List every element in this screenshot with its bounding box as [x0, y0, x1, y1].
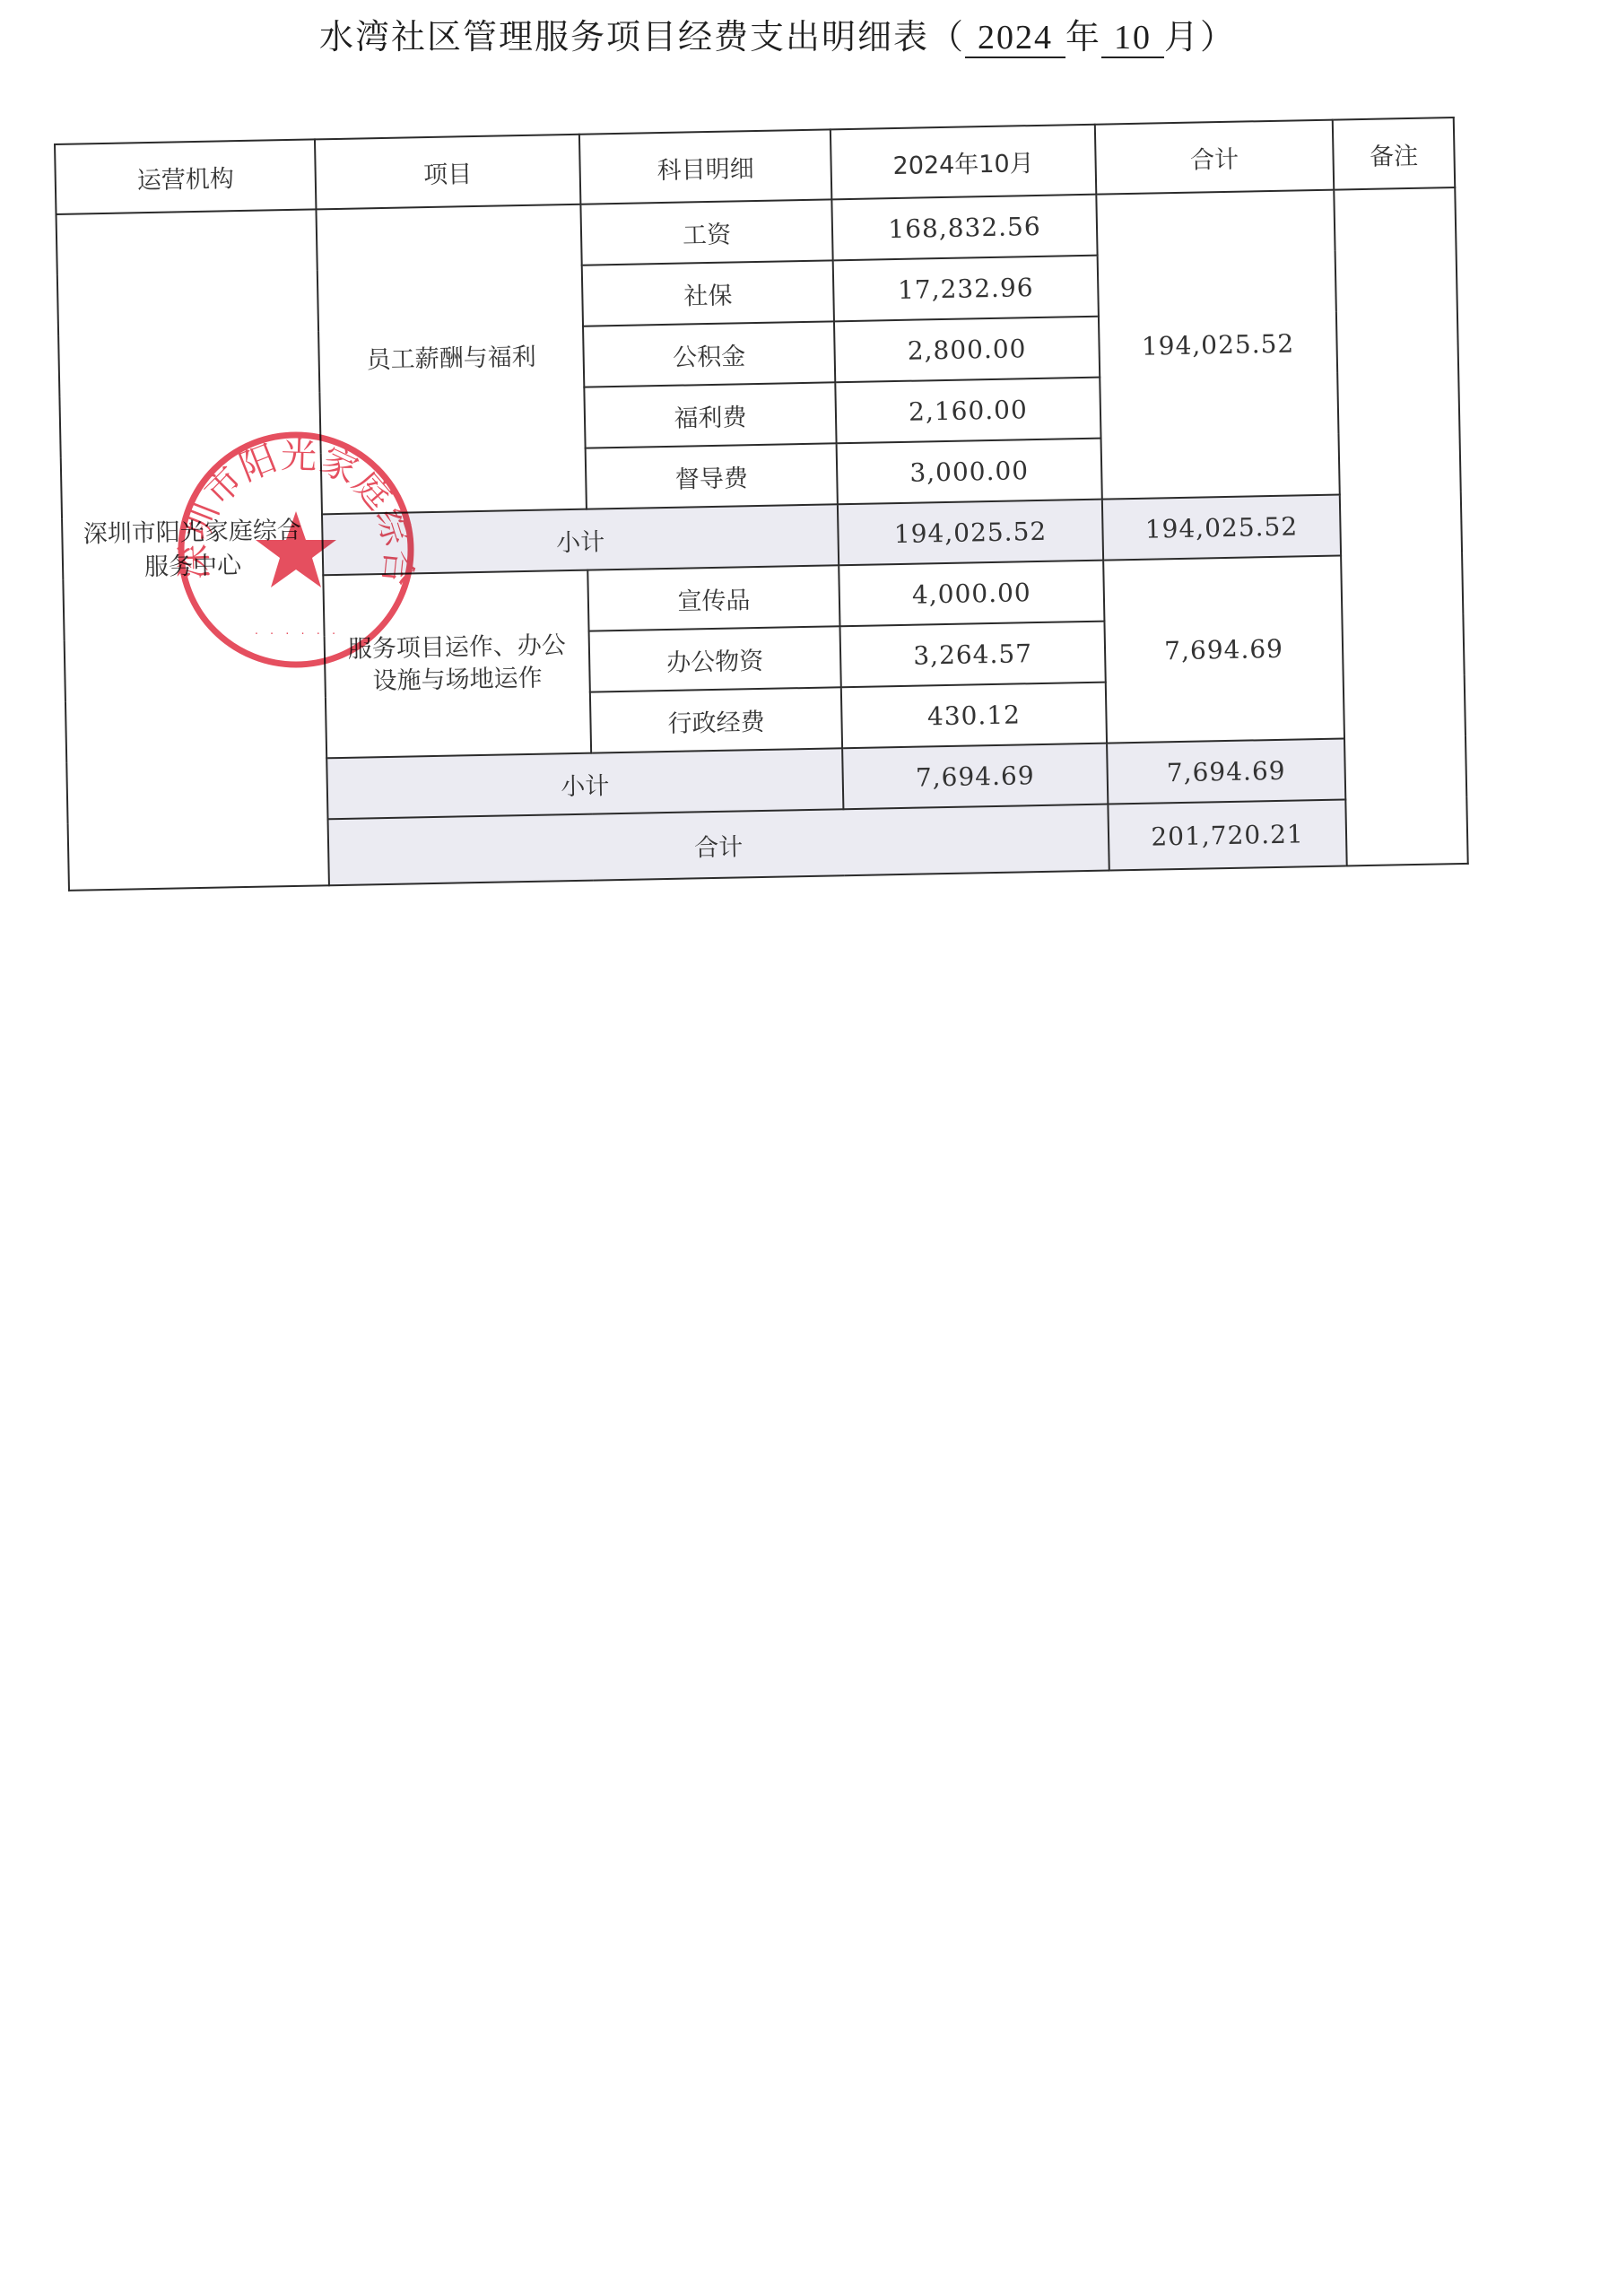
detail-cell: 督导费 [586, 443, 838, 509]
expense-table-wrap: 运营机构 项目 科目明细 2024年10月 合计 备注 深圳市阳光家庭综合服务中… [54, 117, 1469, 891]
group-total-cell: 194,025.52 [1096, 190, 1339, 500]
header-detail: 科目明细 [579, 129, 831, 204]
detail-cell: 社保 [582, 260, 834, 326]
amount-cell: 2,800.00 [834, 317, 1100, 383]
item-cell: 服务项目运作、办公设施与场地运作 [323, 570, 591, 759]
amount-cell: 2,160.00 [835, 378, 1100, 444]
title-prefix: 水湾社区管理服务项目经费支出明细表（ [319, 17, 965, 57]
title-year-unit: 年 [1065, 17, 1101, 57]
detail-cell: 宣传品 [587, 565, 839, 631]
detail-cell: 行政经费 [590, 687, 842, 752]
amount-cell: 3,000.00 [837, 439, 1102, 505]
subtotal-label: 小计 [322, 504, 839, 575]
amount-cell: 430.12 [841, 683, 1107, 749]
subtotal-label: 小计 [326, 748, 843, 819]
grand-total-label: 合计 [328, 804, 1109, 886]
title-month-unit: 月 [1164, 17, 1200, 57]
group-total-cell: 7,694.69 [1103, 556, 1344, 744]
title-year: 2024 [965, 21, 1065, 58]
amount-cell: 4,000.00 [839, 561, 1104, 627]
org-name-cell: 深圳市阳光家庭综合服务中心 [57, 209, 329, 890]
title-month: 10 [1101, 21, 1164, 58]
header-item: 项目 [315, 135, 580, 210]
detail-cell: 办公物资 [589, 626, 841, 691]
subtotal-total: 7,694.69 [1107, 738, 1345, 804]
detail-cell: 工资 [580, 199, 832, 265]
header-org: 运营机构 [55, 139, 316, 214]
subtotal-month: 7,694.69 [842, 744, 1108, 810]
page-title: 水湾社区管理服务项目经费支出明细表（2024年10月） [0, 9, 1582, 58]
note-cell [1334, 187, 1467, 865]
detail-cell: 公积金 [583, 321, 835, 387]
expense-table: 运营机构 项目 科目明细 2024年10月 合计 备注 深圳市阳光家庭综合服务中… [54, 117, 1469, 891]
header-total: 合计 [1095, 120, 1334, 195]
title-suffix: ） [1200, 17, 1236, 57]
amount-cell: 168,832.56 [831, 195, 1097, 261]
item-cell: 员工薪酬与福利 [316, 204, 586, 515]
header-note: 备注 [1333, 117, 1455, 190]
header-month: 2024年10月 [831, 125, 1096, 200]
grand-total-value: 201,720.21 [1108, 799, 1346, 870]
subtotal-month: 194,025.52 [838, 500, 1103, 566]
subtotal-total: 194,025.52 [1102, 495, 1341, 561]
amount-cell: 3,264.57 [839, 622, 1105, 688]
amount-cell: 17,232.96 [833, 256, 1099, 322]
detail-cell: 福利费 [584, 382, 836, 448]
